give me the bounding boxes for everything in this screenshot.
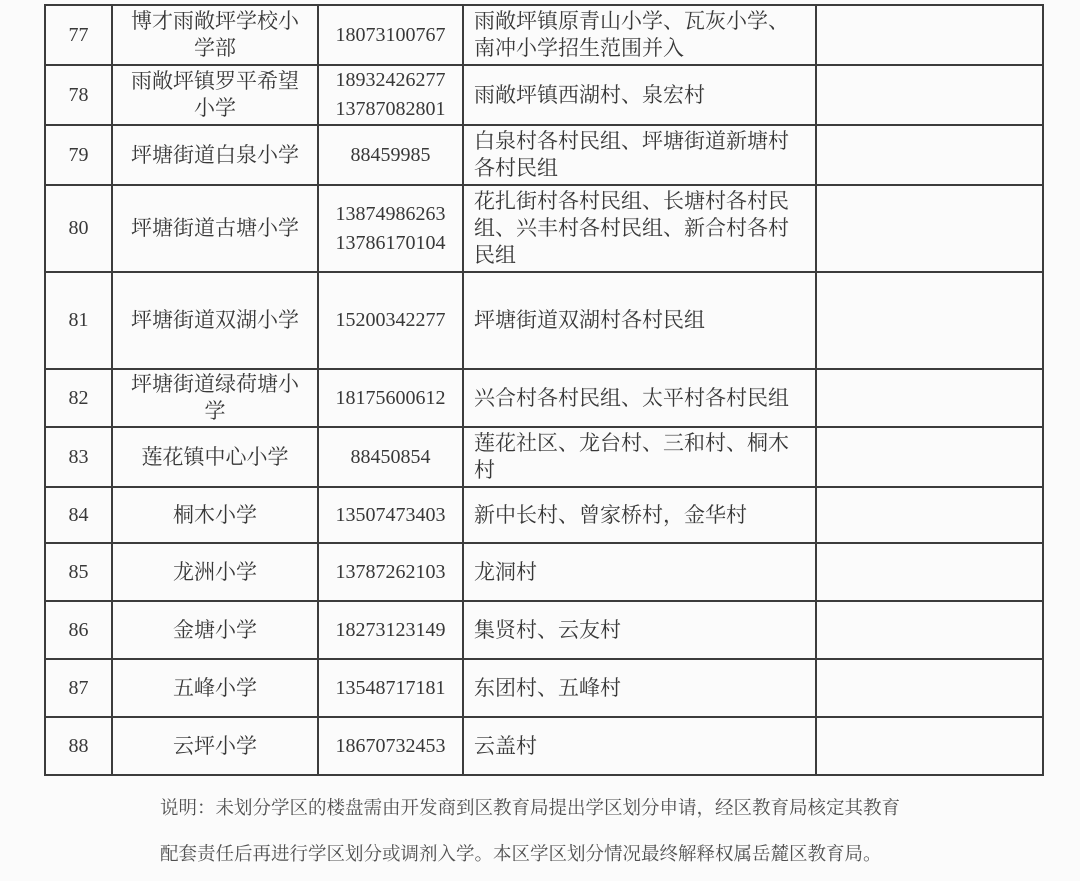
row-number: 78	[45, 65, 112, 125]
phone-line: 13787262103	[319, 558, 462, 587]
row-number: 88	[45, 717, 112, 775]
coverage-area: 白泉村各村民组、坪塘街道新塘村各村民组	[463, 125, 816, 185]
empty-note-cell	[816, 65, 1043, 125]
phone-line: 88459985	[319, 141, 462, 170]
school-name: 云坪小学	[112, 717, 318, 775]
school-name: 金塘小学	[112, 601, 318, 659]
row-number: 83	[45, 427, 112, 487]
table-row: 86金塘小学18273123149集贤村、云友村	[45, 601, 1043, 659]
phone-number: 88459985	[318, 125, 463, 185]
empty-note-cell	[816, 543, 1043, 601]
coverage-area: 莲花社区、龙台村、三和村、桐木村	[463, 427, 816, 487]
coverage-area: 东团村、五峰村	[463, 659, 816, 717]
table-row: 83莲花镇中心小学88450854莲花社区、龙台村、三和村、桐木村	[45, 427, 1043, 487]
phone-line: 15200342277	[319, 306, 462, 335]
empty-note-cell	[816, 5, 1043, 65]
table-row: 78雨敞坪镇罗平希望小学1893242627713787082801雨敞坪镇西湖…	[45, 65, 1043, 125]
empty-note-cell	[816, 717, 1043, 775]
page: 77博才雨敞坪学校小学部18073100767雨敞坪镇原青山小学、瓦灰小学、南冲…	[0, 0, 1080, 881]
row-number: 82	[45, 369, 112, 427]
footer-line-1: 说明：未划分学区的楼盘需由开发商到区教育局提出学区划分申请，经区教育局核定其教育	[160, 786, 900, 832]
coverage-area: 雨敞坪镇原青山小学、瓦灰小学、南冲小学招生范围并入	[463, 5, 816, 65]
empty-note-cell	[816, 125, 1043, 185]
school-name: 坪塘街道双湖小学	[112, 272, 318, 369]
footer-note: 说明：未划分学区的楼盘需由开发商到区教育局提出学区划分申请，经区教育局核定其教育…	[160, 786, 900, 878]
coverage-area: 新中长村、曾家桥村，金华村	[463, 487, 816, 543]
coverage-area: 花扎街村各村民组、长塘村各村民组、兴丰村各村民组、新合村各村民组	[463, 185, 816, 272]
school-name: 坪塘街道绿荷塘小学	[112, 369, 318, 427]
table-row: 81坪塘街道双湖小学15200342277坪塘街道双湖村各村民组	[45, 272, 1043, 369]
school-district-table: 77博才雨敞坪学校小学部18073100767雨敞坪镇原青山小学、瓦灰小学、南冲…	[44, 4, 1044, 776]
empty-note-cell	[816, 659, 1043, 717]
phone-number: 1387498626313786170104	[318, 185, 463, 272]
empty-note-cell	[816, 272, 1043, 369]
table-row: 82坪塘街道绿荷塘小学18175600612兴合村各村民组、太平村各村民组	[45, 369, 1043, 427]
phone-line: 18175600612	[319, 384, 462, 413]
phone-line: 88450854	[319, 443, 462, 472]
school-name: 坪塘街道白泉小学	[112, 125, 318, 185]
school-name: 桐木小学	[112, 487, 318, 543]
phone-number: 18670732453	[318, 717, 463, 775]
coverage-area: 兴合村各村民组、太平村各村民组	[463, 369, 816, 427]
phone-number: 15200342277	[318, 272, 463, 369]
phone-line: 18670732453	[319, 732, 462, 761]
row-number: 80	[45, 185, 112, 272]
row-number: 81	[45, 272, 112, 369]
coverage-area: 龙洞村	[463, 543, 816, 601]
row-number: 84	[45, 487, 112, 543]
phone-line: 13548717181	[319, 674, 462, 703]
table-row: 77博才雨敞坪学校小学部18073100767雨敞坪镇原青山小学、瓦灰小学、南冲…	[45, 5, 1043, 65]
table-row: 85龙洲小学13787262103龙洞村	[45, 543, 1043, 601]
school-name: 五峰小学	[112, 659, 318, 717]
table-row: 79坪塘街道白泉小学88459985白泉村各村民组、坪塘街道新塘村各村民组	[45, 125, 1043, 185]
row-number: 77	[45, 5, 112, 65]
phone-line: 13787082801	[319, 95, 462, 124]
footer-line-2: 配套责任后再进行学区划分或调剂入学。本区学区划分情况最终解释权属岳麓区教育局。	[160, 832, 900, 878]
phone-number: 13548717181	[318, 659, 463, 717]
phone-number: 13787262103	[318, 543, 463, 601]
table-body: 77博才雨敞坪学校小学部18073100767雨敞坪镇原青山小学、瓦灰小学、南冲…	[45, 5, 1043, 775]
empty-note-cell	[816, 487, 1043, 543]
coverage-area: 雨敞坪镇西湖村、泉宏村	[463, 65, 816, 125]
empty-note-cell	[816, 427, 1043, 487]
empty-note-cell	[816, 369, 1043, 427]
school-name: 博才雨敞坪学校小学部	[112, 5, 318, 65]
empty-note-cell	[816, 185, 1043, 272]
coverage-area: 坪塘街道双湖村各村民组	[463, 272, 816, 369]
table-row: 84桐木小学13507473403新中长村、曾家桥村，金华村	[45, 487, 1043, 543]
phone-number: 18073100767	[318, 5, 463, 65]
phone-line: 13786170104	[319, 229, 462, 258]
row-number: 79	[45, 125, 112, 185]
table-row: 87五峰小学13548717181东团村、五峰村	[45, 659, 1043, 717]
school-name: 莲花镇中心小学	[112, 427, 318, 487]
phone-line: 18073100767	[319, 21, 462, 50]
phone-line: 13507473403	[319, 501, 462, 530]
phone-number: 18273123149	[318, 601, 463, 659]
phone-number: 18175600612	[318, 369, 463, 427]
phone-number: 1893242627713787082801	[318, 65, 463, 125]
phone-line: 18932426277	[319, 66, 462, 95]
phone-number: 13507473403	[318, 487, 463, 543]
school-name: 坪塘街道古塘小学	[112, 185, 318, 272]
coverage-area: 集贤村、云友村	[463, 601, 816, 659]
school-name: 雨敞坪镇罗平希望小学	[112, 65, 318, 125]
row-number: 86	[45, 601, 112, 659]
row-number: 85	[45, 543, 112, 601]
table-row: 88云坪小学18670732453云盖村	[45, 717, 1043, 775]
coverage-area: 云盖村	[463, 717, 816, 775]
phone-line: 13874986263	[319, 200, 462, 229]
phone-number: 88450854	[318, 427, 463, 487]
phone-line: 18273123149	[319, 616, 462, 645]
row-number: 87	[45, 659, 112, 717]
empty-note-cell	[816, 601, 1043, 659]
school-name: 龙洲小学	[112, 543, 318, 601]
table-row: 80坪塘街道古塘小学1387498626313786170104花扎街村各村民组…	[45, 185, 1043, 272]
